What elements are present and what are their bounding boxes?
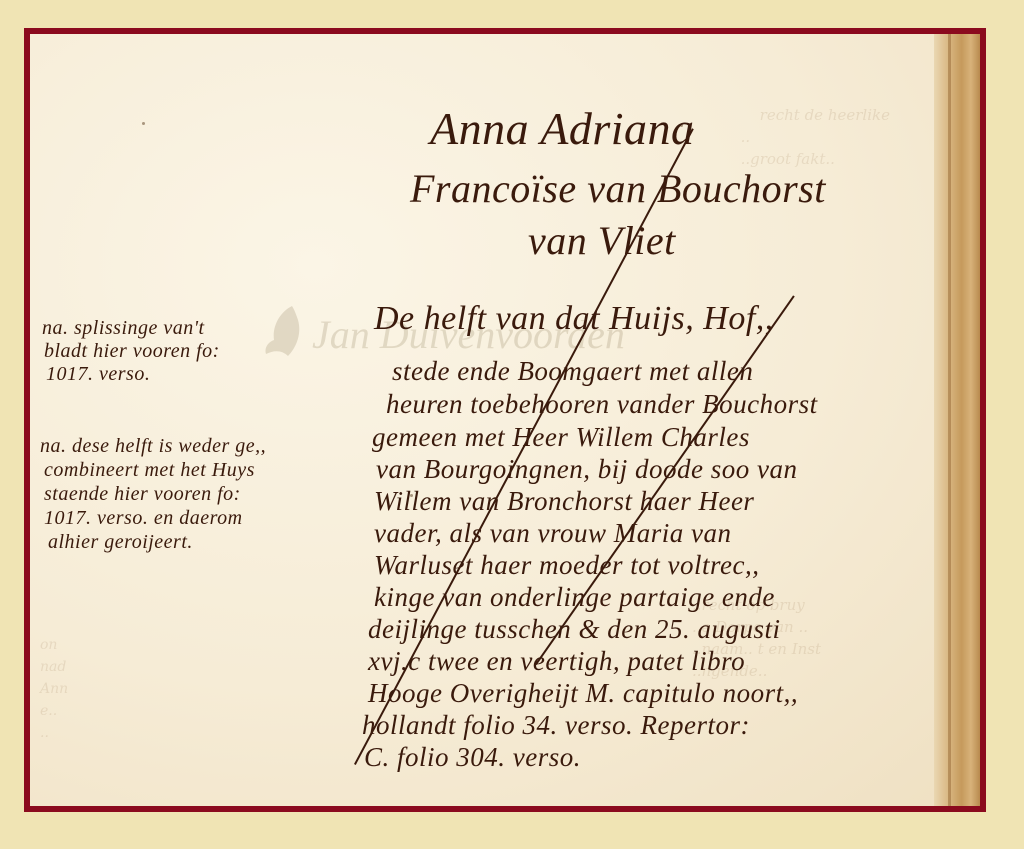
margin-note-line: staende hier vooren fo:: [44, 482, 241, 506]
dove-icon: [262, 304, 308, 364]
heading-line-3: van Vliet: [528, 219, 676, 263]
margin-note-line: 1017. verso.: [46, 362, 150, 386]
main-text-line: C. folio 304. verso.: [364, 742, 581, 772]
main-text-line: hollandt folio 34. verso. Repertor:: [362, 710, 750, 740]
bleed-through-text: on nad Ann e.. ..: [40, 634, 68, 744]
main-text-line: vader, als van vrouw Maria van: [374, 518, 731, 548]
document-frame: recht de heerlike .. ..groot fakt.. on n…: [24, 28, 986, 812]
main-text-line: stede ende Boomgaert met allen: [392, 356, 753, 386]
paper-speck: [142, 122, 145, 125]
heading-line-2: Francoïse van Bouchorst: [410, 167, 826, 211]
book-spine-gutter: [934, 34, 980, 806]
main-text-line: van Bourgoingnen, bij doode soo van: [376, 454, 797, 484]
main-text-line: Hooge Overigheijt M. capitulo noort,,: [368, 678, 798, 708]
margin-note-line: na. splissinge van't: [42, 316, 205, 340]
margin-note-line: combineert met het Huys: [44, 458, 255, 482]
main-text-line: Willem van Bronchorst haer Heer: [374, 486, 754, 516]
margin-note-line: bladt hier vooren fo:: [44, 339, 220, 363]
heading-line-1: Anna Adriana: [430, 104, 695, 154]
margin-note-line: alhier geroijeert.: [48, 530, 193, 554]
margin-note-line: 1017. verso. en daerom: [44, 506, 243, 530]
main-text-line: xvj.c twee en veertigh, patet libro: [368, 646, 745, 676]
main-text-line: Warluset haer moeder tot voltrec,,: [374, 550, 759, 580]
main-text-line: heuren toebehooren vander Bouchorst: [386, 389, 818, 419]
main-text-line: De helft van dat Huijs, Hof,,: [374, 304, 774, 334]
margin-note-line: na. dese helft is weder ge,,: [40, 434, 266, 458]
